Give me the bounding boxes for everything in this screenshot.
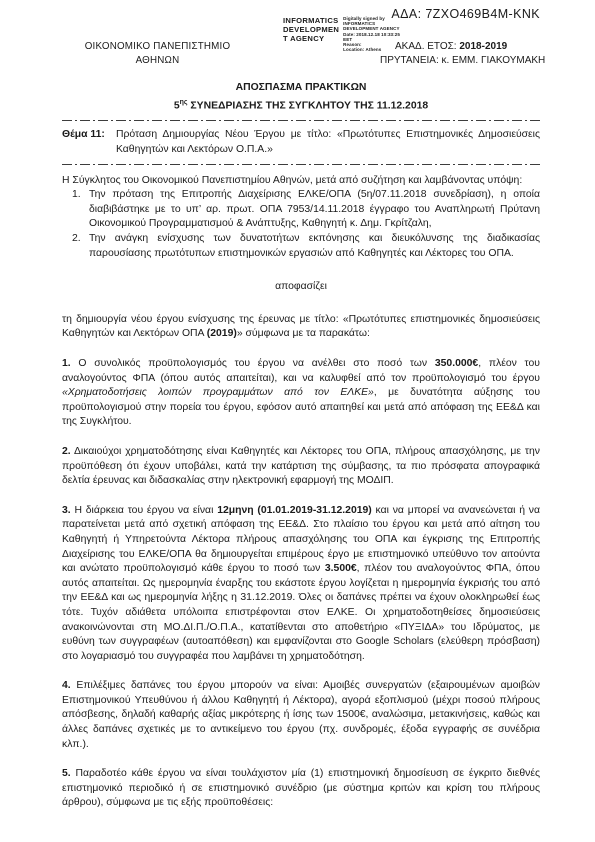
- digital-signature-stamp: INFORMATICSDEVELOPMENT AGENCY Digitally …: [283, 16, 400, 52]
- session-date: 11.12.2018: [377, 100, 428, 111]
- paragraph-2: 2. Δικαιούχοι χρηματοδότησης είναι Καθηγ…: [62, 445, 540, 489]
- academic-year: ΑΚΑΔ. ΕΤΟΣ: 2018-2019: [395, 41, 507, 52]
- ada-code: ΑΔΑ: 7ZXO469B4M-KNK: [391, 7, 540, 21]
- stamp-signature-details: Digitally signed byINFORMATICSDEVELOPMEN…: [343, 16, 400, 52]
- decision-word: αποφασίζει: [62, 280, 540, 295]
- document-page: ΑΔΑ: 7ZXO469B4M-KNK ΟΙΚΟΝΟΜΙΚΟ ΠΑΝΕΠΙΣΤΗ…: [0, 0, 595, 842]
- session-number-suffix: ης: [180, 99, 188, 106]
- list-item-number: 2.: [72, 232, 89, 261]
- university-name-line1: ΟΙΚΟΝΟΜΙΚΟ ΠΑΝΕΠΙΣΤΗΜΙΟ: [70, 40, 245, 54]
- consideration-list: 1. Την πρόταση της Επιτροπής Διαχείρισης…: [62, 188, 540, 261]
- university-name-line2: ΑΘΗΝΩΝ: [70, 54, 245, 68]
- academic-year-value: 2018-2019: [459, 41, 507, 52]
- paragraph-4: 4. Επιλέξιμες δαπάνες του έργου μπορούν …: [62, 679, 540, 752]
- stamp-agency-name: INFORMATICSDEVELOPMENT AGENCY: [283, 16, 339, 43]
- university-name: ΟΙΚΟΝΟΜΙΚΟ ΠΑΝΕΠΙΣΤΗΜΙΟ ΑΘΗΝΩΝ: [70, 40, 245, 68]
- list-item: 1. Την πρόταση της Επιτροπής Διαχείρισης…: [62, 188, 540, 232]
- title-line1: ΑΠΟΣΠΑΣΜΑ ΠΡΑΚΤΙΚΩΝ: [62, 80, 540, 95]
- topic-block: Θέμα 11: Πρόταση Δημιουργίας Νέου Έργου …: [62, 128, 540, 157]
- academic-year-label: ΑΚΑΔ. ΕΤΟΣ:: [395, 41, 459, 52]
- decision-intro: τη δημιουργία νέου έργου ενίσχυσης της έ…: [62, 313, 540, 342]
- document-body: ΑΠΟΣΠΑΣΜΑ ΠΡΑΚΤΙΚΩΝ 5ης ΣΥΝΕΔΡΙΑΣΗΣ ΤΗΣ …: [62, 80, 540, 811]
- title-line2: 5ης ΣΥΝΕΔΡΙΑΣΗΣ ΤΗΣ ΣΥΓΚΛΗΤΟΥ ΤΗΣ 11.12.…: [62, 95, 540, 113]
- paragraph-5: 5. Παραδοτέο κάθε έργου να είναι τουλάχι…: [62, 767, 540, 811]
- list-item-text: Την πρόταση της Επιτροπής Διαχείρισης ΕΛ…: [89, 188, 540, 232]
- intro-paragraph: Η Σύγκλητος του Οικονομικού Πανεπιστημίο…: [62, 174, 540, 189]
- topic-text: Πρόταση Δημιουργίας Νέου Έργου με τίτλο:…: [116, 128, 540, 157]
- topic-label: Θέμα 11:: [62, 128, 116, 157]
- list-item-text: Την ανάγκη ενίσχυσης των δυνατοτήτων εκπ…: [89, 232, 540, 261]
- paragraph-3: 3. Η διάρκεια του έργου να είναι 12μηνη …: [62, 504, 540, 665]
- paragraph-1: 1. Ο συνολικός προϋπολογισμός του έργου …: [62, 357, 540, 430]
- list-item: 2. Την ανάγκη ενίσχυσης των δυνατοτήτων …: [62, 232, 540, 261]
- list-item-number: 1.: [72, 188, 89, 232]
- dashed-separator: [62, 119, 540, 121]
- rectorship: ΠΡΥΤΑΝΕΙΑ: κ. ΕΜΜ. ΓΙΑΚΟΥΜΑΚΗ: [380, 55, 545, 66]
- document-title: ΑΠΟΣΠΑΣΜΑ ΠΡΑΚΤΙΚΩΝ 5ης ΣΥΝΕΔΡΙΑΣΗΣ ΤΗΣ …: [62, 80, 540, 113]
- dashed-separator: [62, 164, 540, 166]
- session-subtitle: ΣΥΝΕΔΡΙΑΣΗΣ ΤΗΣ ΣΥΓΚΛΗΤΟΥ ΤΗΣ: [188, 100, 377, 111]
